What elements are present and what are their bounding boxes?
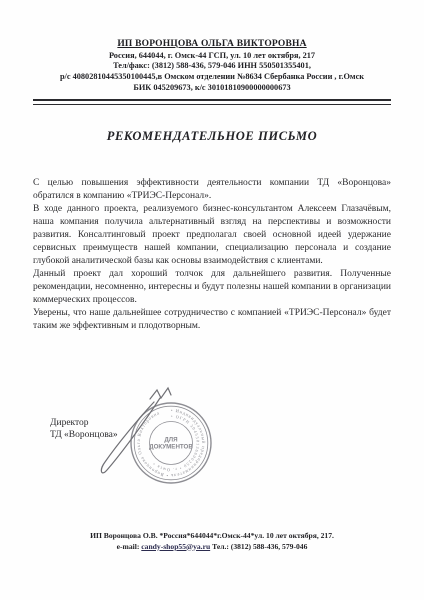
- header-divider: [33, 99, 391, 105]
- paragraph: Уверены, что наше дальнейшее сотрудничес…: [33, 307, 391, 333]
- company-account: р/с 40802810445350100445,в Омском отделе…: [33, 72, 391, 83]
- paragraph: С целью повышения эффективности деятельн…: [33, 177, 391, 203]
- paragraph: В ходе данного проекта, реализуемого биз…: [33, 203, 391, 268]
- company-bank: БИК 045209673, к/с 30101810900000000673: [33, 83, 391, 94]
- letter-footer: ИП Воронцова О.В. *Россия*644044*г.Омск-…: [0, 531, 424, 552]
- company-phone: Тел/факс: (3812) 588-436, 579-046 ИНН 55…: [33, 61, 391, 72]
- footer-address: ИП Воронцова О.В. *Россия*644044*г.Омск-…: [0, 531, 424, 542]
- footer-contacts: e-mail: candy-shop55@ya.ru Тел.: (3812) …: [0, 542, 424, 553]
- email-link[interactable]: candy-shop55@ya.ru: [141, 542, 210, 551]
- footer-phone: Тел.: (3812) 588-436, 579-046: [210, 542, 307, 551]
- handwritten-signature: [90, 385, 230, 495]
- company-name: ИП ВОРОНЦОВА ОЛЬГА ВИКТОРОВНА: [33, 38, 391, 51]
- signature-stroke-icon: [90, 385, 230, 495]
- letterhead: ИП ВОРОНЦОВА ОЛЬГА ВИКТОРОВНА Россия, 64…: [33, 38, 391, 105]
- letter-body: С целью повышения эффективности деятельн…: [33, 177, 391, 333]
- document-title: РЕКОМЕНДАТЕЛЬНОЕ ПИСЬМО: [33, 129, 391, 144]
- letter-page: ИП ВОРОНЦОВА ОЛЬГА ВИКТОРОВНА Россия, 64…: [0, 0, 424, 600]
- paragraph: Данный проект дал хороший толчок для дал…: [33, 268, 391, 307]
- company-address: Россия, 644044, г. Омск-44 ГСП, ул. 10 л…: [33, 51, 391, 62]
- email-label: e-mail:: [117, 542, 142, 551]
